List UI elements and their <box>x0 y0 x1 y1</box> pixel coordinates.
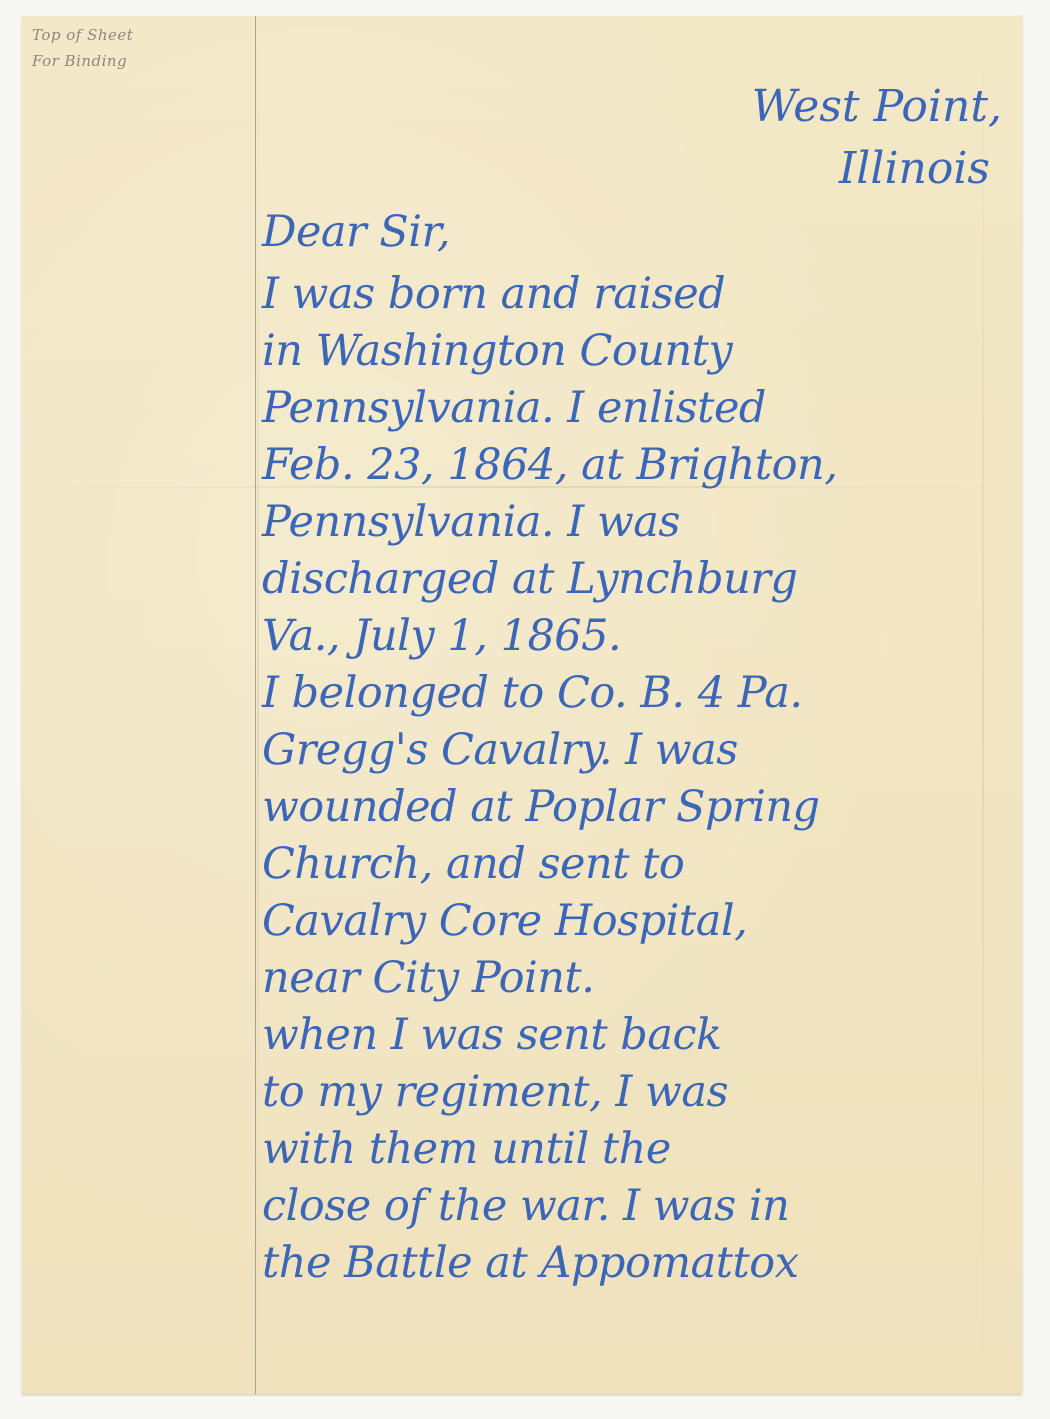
body-line: in Washington County <box>262 323 1022 380</box>
body-line: close of the war. I was in <box>262 1178 1022 1235</box>
body-line: Va., July 1, 1865. <box>262 608 1022 665</box>
body-line: with them until the <box>262 1121 1022 1178</box>
pencil-margin-note: Top of Sheet For Binding <box>32 22 133 74</box>
fold-crease <box>257 16 259 1394</box>
body-line: Feb. 23, 1864, at Brighton, <box>262 437 1022 494</box>
letter-heading-place: West Point, Illinois <box>682 76 1002 200</box>
margin-note-line: For Binding <box>32 48 133 74</box>
body-line: the Battle at Appomattox <box>262 1235 1022 1292</box>
body-line: when I was sent back <box>262 1007 1022 1064</box>
body-line: discharged at Lynchburg <box>262 551 1022 608</box>
margin-note-line: Top of Sheet <box>32 22 133 48</box>
letter-body: Dear Sir, I was born and raised in Washi… <box>262 204 1022 1292</box>
body-line: near City Point. <box>262 950 1022 1007</box>
place-state: Illinois <box>682 138 1002 200</box>
binding-margin-line <box>255 16 256 1394</box>
body-line: Pennsylvania. I enlisted <box>262 380 1022 437</box>
body-line: wounded at Poplar Spring <box>262 779 1022 836</box>
body-line: Cavalry Core Hospital, <box>262 893 1022 950</box>
place-city: West Point, <box>682 76 1002 138</box>
body-line: Church, and sent to <box>262 836 1022 893</box>
body-line: I belonged to Co. B. 4 Pa. <box>262 665 1022 722</box>
scan-background: Top of Sheet For Binding West Point, Ill… <box>0 0 1050 1419</box>
body-line: Pennsylvania. I was <box>262 494 1022 551</box>
letter-sheet: Top of Sheet For Binding West Point, Ill… <box>22 16 1022 1394</box>
body-line: I was born and raised <box>262 266 1022 323</box>
body-line: to my regiment, I was <box>262 1064 1022 1121</box>
salutation: Dear Sir, <box>262 204 1022 266</box>
body-line: Gregg's Cavalry. I was <box>262 722 1022 779</box>
